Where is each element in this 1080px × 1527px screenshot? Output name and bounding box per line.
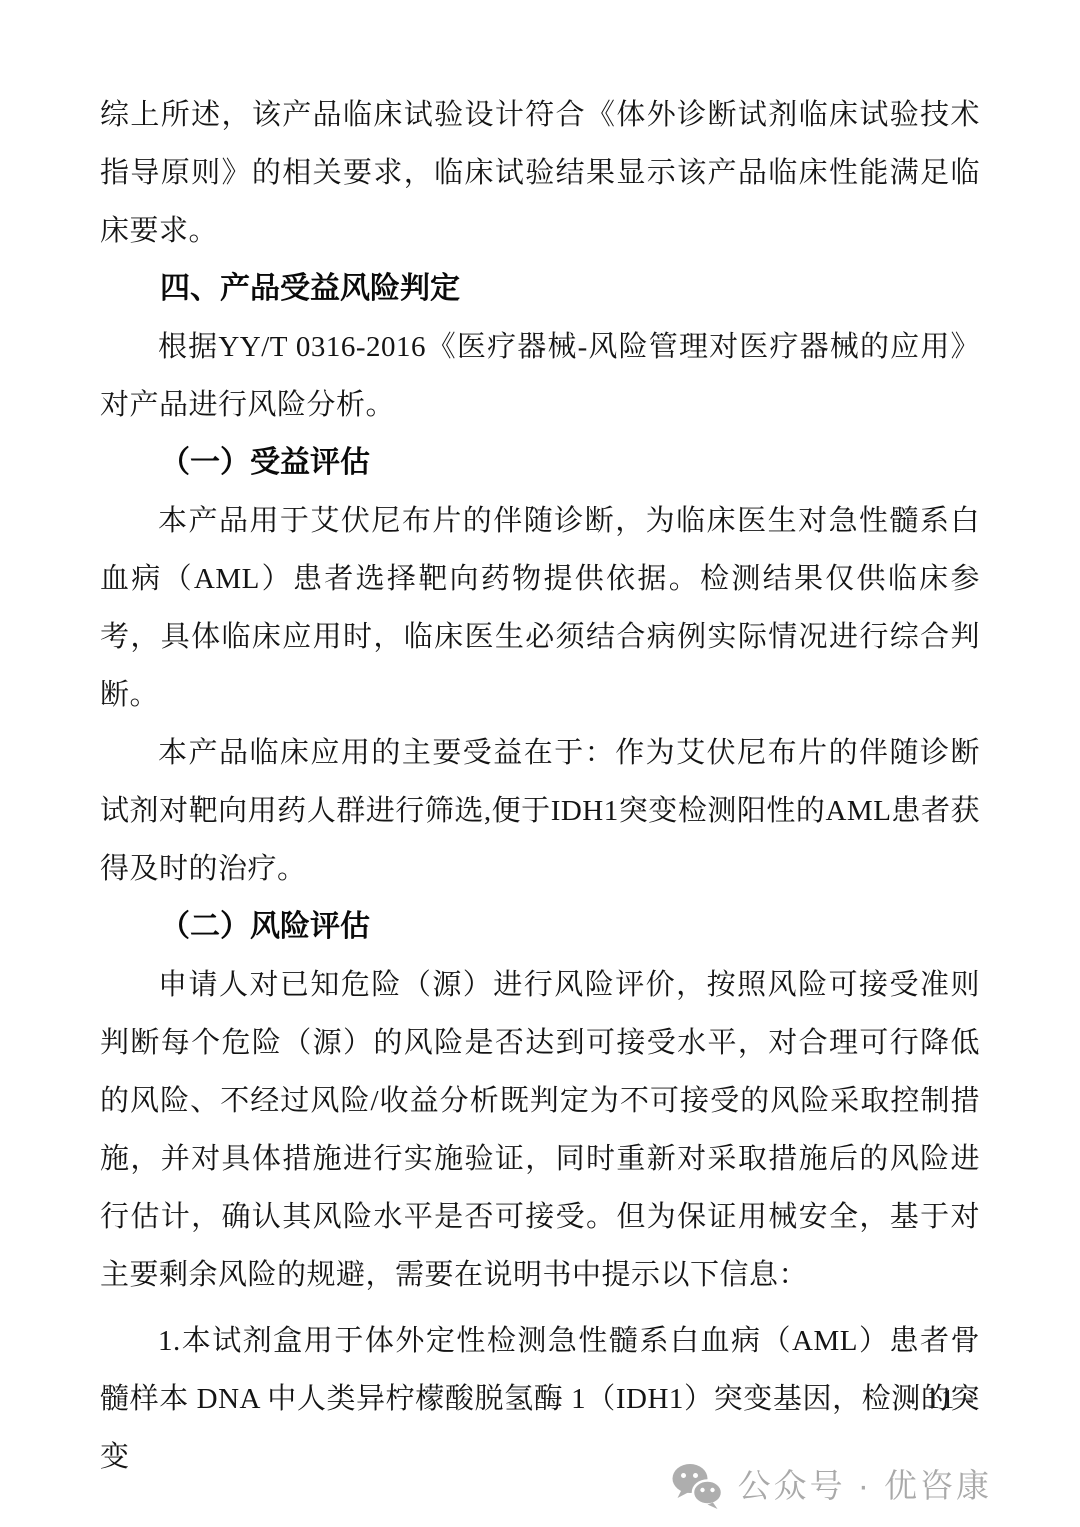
subsection-heading-benefit-assessment: （一）受益评估 bbox=[100, 434, 980, 492]
wechat-icon bbox=[670, 1462, 724, 1510]
page-number: - 11 - bbox=[907, 1382, 976, 1416]
subsection-heading-risk-assessment: （二）风险评估 bbox=[100, 898, 980, 956]
watermark-text: 公众号 · 优咨康 bbox=[738, 1462, 992, 1510]
document-page: 综上所述，该产品临床试验设计符合《体外诊断试剂临床试验技术指导原则》的相关要求，… bbox=[0, 0, 1080, 1527]
section-heading-benefit-risk-judgment: 四、产品受益风险判定 bbox=[100, 260, 980, 318]
document-body: 综上所述，该产品临床试验设计符合《体外诊断试剂临床试验技术指导原则》的相关要求，… bbox=[100, 86, 980, 1486]
paragraph-risk-evaluation: 申请人对已知危险（源）进行风险评价，按照风险可接受准则判断每个危险（源）的风险是… bbox=[100, 956, 980, 1304]
footer-watermark: 公众号 · 优咨康 bbox=[670, 1462, 992, 1510]
paragraph-kit-usage-note: 1.本试剂盒用于体外定性检测急性髓系白血病（AML）患者骨髓样本 DNA 中人类… bbox=[100, 1312, 980, 1486]
paragraph-summary: 综上所述，该产品临床试验设计符合《体外诊断试剂临床试验技术指导原则》的相关要求，… bbox=[100, 86, 980, 260]
paragraph-benefit-2: 本产品临床应用的主要受益在于：作为艾伏尼布片的伴随诊断试剂对靶向用药人群进行筛选… bbox=[100, 724, 980, 898]
paragraph-benefit-1: 本产品用于艾伏尼布片的伴随诊断，为临床医生对急性髓系白血病（AML）患者选择靶向… bbox=[100, 492, 980, 724]
paragraph-risk-analysis-basis: 根据YY/T 0316-2016《医疗器械-风险管理对医疗器械的应用》对产品进行… bbox=[100, 318, 980, 434]
